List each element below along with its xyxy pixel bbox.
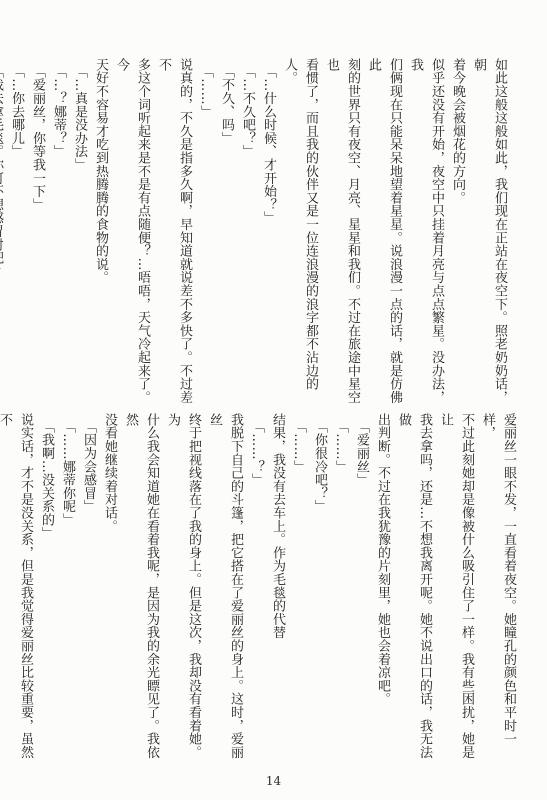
narrative-line: 说实话，才不是没关系，但是我觉得爱丽丝比较重要，虽然不 [0, 413, 36, 771]
dialogue-line: 「…真是没办法」 [69, 58, 90, 414]
dialogue-line: 「你很冷吧？」 [309, 413, 330, 771]
book-page: 如此这般这般如此，我们现在正站在夜空下。照老奶奶话，朝着今晚会被烟花的方向。似乎… [0, 0, 547, 800]
dialogue-line: 「……」 [330, 413, 351, 771]
narrative-line: 终于把视线落在了我的身上。但是这次，我却没有看着她。为 [162, 413, 204, 771]
narrative-line: 看惯了，而且我的伙伴又是一位连浪漫的浪字都不沾边的人。 [279, 58, 321, 414]
narrative-line: 出判断。不过在我犹豫的片刻里，她也会着凉吧。 [372, 413, 393, 771]
text-block-top: 如此这般这般如此，我们现在正站在夜空下。照老奶奶话，朝着今晚会被烟花的方向。似乎… [0, 58, 510, 414]
narrative-line: 我去拿吗，还是…不想我离开呢。她不说出口的话，我无法做 [393, 413, 435, 771]
narrative-line: 着今晚会被烟花的方向。 [447, 58, 468, 414]
dialogue-line: 「…什么时候、才开始？」 [258, 58, 279, 414]
narrative-line: 说真的，不久是指多久啊，早知道就说差不多快了。不过差不 [153, 58, 195, 414]
narrative-line: 我脱下自己的斗篷，把它搭在了爱丽丝的身上。这时，爱丽丝 [204, 413, 246, 771]
dialogue-line: 「我啊…没关系的」 [36, 413, 57, 771]
dialogue-line: 「…不久吧？」 [237, 58, 258, 414]
dialogue-line: 「……」 [288, 413, 309, 771]
narrative-line: 结果，我没有去车上。作为毛毯的代替 [267, 413, 288, 771]
dialogue-line: 「……」 [195, 58, 216, 414]
dialogue-line: 「不久、吗」 [216, 58, 237, 414]
narrative-line: 如此这般这般如此，我们现在正站在夜空下。照老奶奶话，朝 [468, 58, 510, 414]
narrative-line: 什么我会知道她在看着我呢，是因为我的余光瞟见了。我依然 [120, 413, 162, 771]
narrative-line: 多这个词听起来是不是有点随便？…唔唔，天气冷起来了。今 [111, 58, 153, 414]
narrative-line: 天好不容易才吃到热腾腾的食物的说。 [90, 58, 111, 414]
page-number: 14 [0, 774, 547, 788]
dialogue-line: 「…？娜蒂？」 [48, 58, 69, 414]
narrative-line: 们俩现在只能呆呆地望着星星。说浪漫一点的话，就是仿佛此 [363, 58, 405, 414]
narrative-line: 似乎还没有开始，夜空中只挂着月亮与点点繁星。没办法，我 [405, 58, 447, 414]
narrative-line: 爱丽丝一眼不发，一直看着夜空。她瞳孔的颜色和平时一样， [477, 413, 519, 771]
dialogue-line: 「我去拿毛毯。你可不想感冒对吧」 [0, 58, 6, 414]
narrative-line: 不过此刻她却是像被什么吸引住了一样。我有些困扰，她是让 [435, 413, 477, 771]
dialogue-line: 「……？」 [246, 413, 267, 771]
dialogue-line: 「爱丽丝」 [351, 413, 372, 771]
narrative-line: 刻的世界只有夜空、月亮、星星和我们。不过在旅途中星空也 [321, 58, 363, 414]
text-block-bottom: 爱丽丝一眼不发，一直看着夜空。她瞳孔的颜色和平时一样，不过此刻她却是像被什么吸引… [0, 413, 519, 771]
dialogue-line: 「……娜蒂你呢」 [57, 413, 78, 771]
dialogue-line: 「爱丽丝，你等我一下」 [27, 58, 48, 414]
narrative-line: 没看她继续着对话。 [99, 413, 120, 771]
dialogue-line: 「因为会感冒」 [78, 413, 99, 771]
dialogue-line: 「…你去哪儿」 [6, 58, 27, 414]
